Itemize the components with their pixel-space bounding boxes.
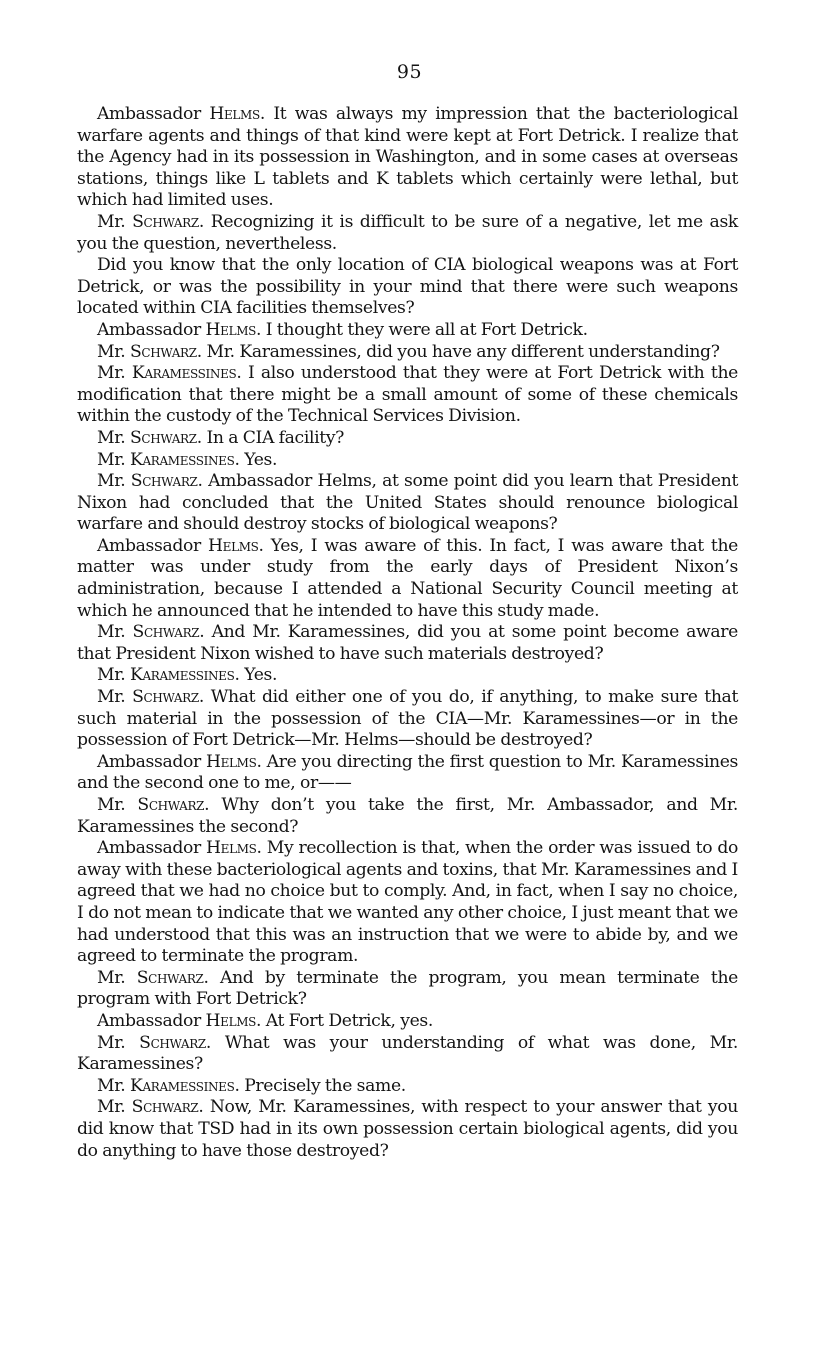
- speaker-prefix: Mr.: [97, 342, 130, 362]
- speaker-prefix: Ambassador: [97, 1011, 206, 1031]
- speaker-prefix: Mr.: [97, 1033, 139, 1053]
- speaker-name: Karamessines.: [130, 665, 240, 685]
- paragraph-text: Yes.: [240, 665, 278, 685]
- speaker-name: Schwarz.: [132, 1097, 204, 1117]
- speaker-name: Schwarz.: [131, 471, 203, 491]
- speaker-name: Schwarz.: [137, 795, 209, 815]
- transcript-body: Ambassador Helms. It was always my impre…: [77, 104, 738, 1162]
- speaker-name: Helms.: [206, 1011, 262, 1031]
- transcript-paragraph: Mr. Schwarz. Mr. Karamessines, did you h…: [77, 342, 738, 364]
- speaker-prefix: Mr.: [97, 1097, 132, 1117]
- speaker-prefix: Mr.: [97, 622, 133, 642]
- speaker-prefix: Mr.: [97, 428, 130, 448]
- speaker-prefix: Mr.: [97, 1076, 130, 1096]
- paragraph-text: Did you know that the only location of C…: [77, 255, 738, 318]
- speaker-prefix: Mr.: [97, 212, 132, 232]
- paragraph-text: I thought they were all at Fort Detrick.: [261, 320, 588, 340]
- transcript-paragraph: Mr. Karamessines. Yes.: [77, 665, 738, 687]
- speaker-prefix: Mr.: [97, 363, 132, 383]
- speaker-prefix: Mr.: [97, 471, 131, 491]
- speaker-prefix: Mr.: [97, 968, 137, 988]
- paragraph-text: Yes.: [240, 450, 278, 470]
- speaker-name: Schwarz.: [130, 428, 202, 448]
- speaker-name: Helms.: [206, 320, 262, 340]
- transcript-paragraph: Ambassador Helms. At Fort Detrick, yes.: [77, 1011, 738, 1033]
- speaker-name: Schwarz.: [139, 1033, 211, 1053]
- speaker-name: Schwarz.: [132, 687, 204, 707]
- transcript-paragraph: Mr. Schwarz. And Mr. Karamessines, did y…: [77, 622, 738, 665]
- speaker-prefix: Ambassador: [97, 104, 209, 124]
- speaker-prefix: Ambassador: [97, 536, 208, 556]
- transcript-paragraph: Mr. Schwarz. Ambassador Helms, at some p…: [77, 471, 738, 536]
- transcript-paragraph: Mr. Karamessines. I also understood that…: [77, 363, 738, 428]
- speaker-name: Karamessines.: [130, 1076, 240, 1096]
- transcript-paragraph: Ambassador Helms. My recollection is tha…: [77, 838, 738, 968]
- speaker-prefix: Mr.: [97, 665, 130, 685]
- speaker-prefix: Ambassador: [97, 838, 206, 858]
- transcript-paragraph: Mr. Karamessines. Precisely the same.: [77, 1076, 738, 1098]
- speaker-prefix: Mr.: [97, 687, 132, 707]
- paragraph-text: Mr. Karamessines, did you have any diffe…: [202, 342, 720, 362]
- speaker-prefix: Ambassador: [97, 320, 206, 340]
- transcript-paragraph: Mr. Schwarz. Recognizing it is difficult…: [77, 212, 738, 255]
- speaker-name: Helms.: [209, 104, 265, 124]
- transcript-paragraph: Ambassador Helms. It was always my impre…: [77, 104, 738, 212]
- speaker-prefix: Mr.: [97, 450, 130, 470]
- page-number: 95: [0, 60, 819, 84]
- transcript-paragraph: Mr. Karamessines. Yes.: [77, 450, 738, 472]
- speaker-name: Helms.: [206, 752, 262, 772]
- transcript-paragraph: Mr. Schwarz. What did either one of you …: [77, 687, 738, 752]
- speaker-name: Karamessines.: [130, 450, 240, 470]
- transcript-paragraph: Mr. Schwarz. In a CIA facility?: [77, 428, 738, 450]
- transcript-paragraph: Ambassador Helms. Are you directing the …: [77, 752, 738, 795]
- transcript-paragraph: Mr. Schwarz. Now, Mr. Karamessines, with…: [77, 1097, 738, 1162]
- paragraph-text: At Fort Detrick, yes.: [261, 1011, 433, 1031]
- speaker-prefix: Mr.: [97, 795, 137, 815]
- speaker-name: Helms.: [208, 536, 264, 556]
- transcript-paragraph: Mr. Schwarz. And by terminate the progra…: [77, 968, 738, 1011]
- paragraph-text: In a CIA facility?: [202, 428, 344, 448]
- paragraph-text: Precisely the same.: [240, 1076, 406, 1096]
- speaker-name: Schwarz.: [132, 212, 204, 232]
- speaker-name: Karamessines.: [132, 363, 242, 383]
- speaker-name: Schwarz.: [130, 342, 202, 362]
- transcript-paragraph: Ambassador Helms. Yes, I was aware of th…: [77, 536, 738, 622]
- transcript-paragraph: Ambassador Helms. I thought they were al…: [77, 320, 738, 342]
- speaker-name: Helms.: [206, 838, 262, 858]
- transcript-paragraph: Mr. Schwarz. What was your understanding…: [77, 1033, 738, 1076]
- speaker-name: Schwarz.: [137, 968, 209, 988]
- speaker-prefix: Ambassador: [97, 752, 206, 772]
- speaker-name: Schwarz.: [133, 622, 205, 642]
- transcript-paragraph: Mr. Schwarz. Why don’t you take the firs…: [77, 795, 738, 838]
- transcript-paragraph: Did you know that the only location of C…: [77, 255, 738, 320]
